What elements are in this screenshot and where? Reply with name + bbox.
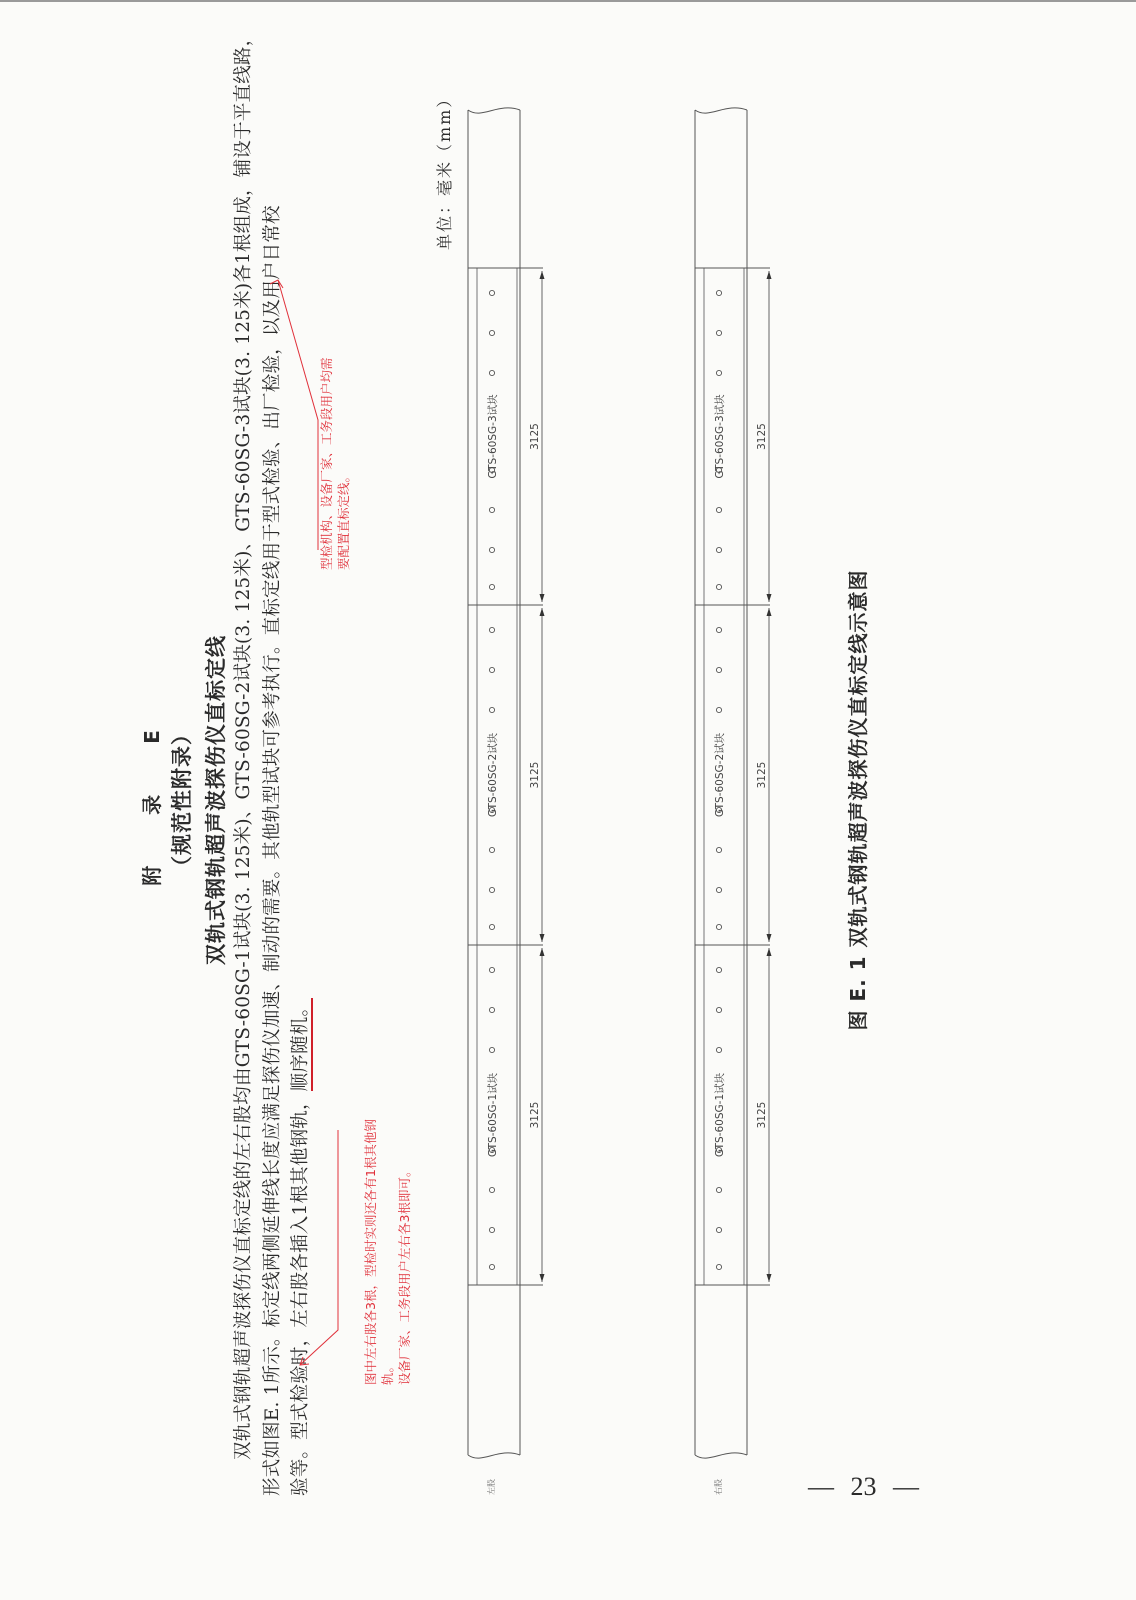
block-label: GTS-60SG-3试块 <box>713 394 726 479</box>
rotated-page: 附 录 E （规范性附录） 双轨式钢轨超声波探伤仪直标定线 双轨式钢轨超声波探伤… <box>0 0 1136 1600</box>
dimension-label: 3125 <box>529 762 541 789</box>
block-label: GTS-60SG-1试块 <box>486 1072 499 1157</box>
figure-caption: 图 E. 1 双轨式钢轨超声波探伤仪直标定线示意图 <box>842 0 871 1600</box>
dimension-label: 3125 <box>529 1102 541 1129</box>
rail-name: 左股 <box>486 1479 496 1495</box>
dimension-label: 3125 <box>756 762 768 789</box>
dimension-label: 3125 <box>756 423 768 450</box>
page-number: — 23 — <box>808 1472 919 1502</box>
block-label: GTS-60SG-3试块 <box>486 394 499 479</box>
rail-name: 右股 <box>713 1479 723 1495</box>
block-label: GTS-60SG-1试块 <box>713 1072 726 1157</box>
dimension-label: 3125 <box>756 1102 768 1129</box>
dimension-label: 3125 <box>529 423 541 450</box>
block-label: GTS-60SG-2试块 <box>486 732 499 817</box>
figure-diagram: GTS-60SG-1试块3125GTS-60SG-2试块3125GTS-60SG… <box>0 0 1136 1600</box>
block-label: GTS-60SG-2试块 <box>713 732 726 817</box>
